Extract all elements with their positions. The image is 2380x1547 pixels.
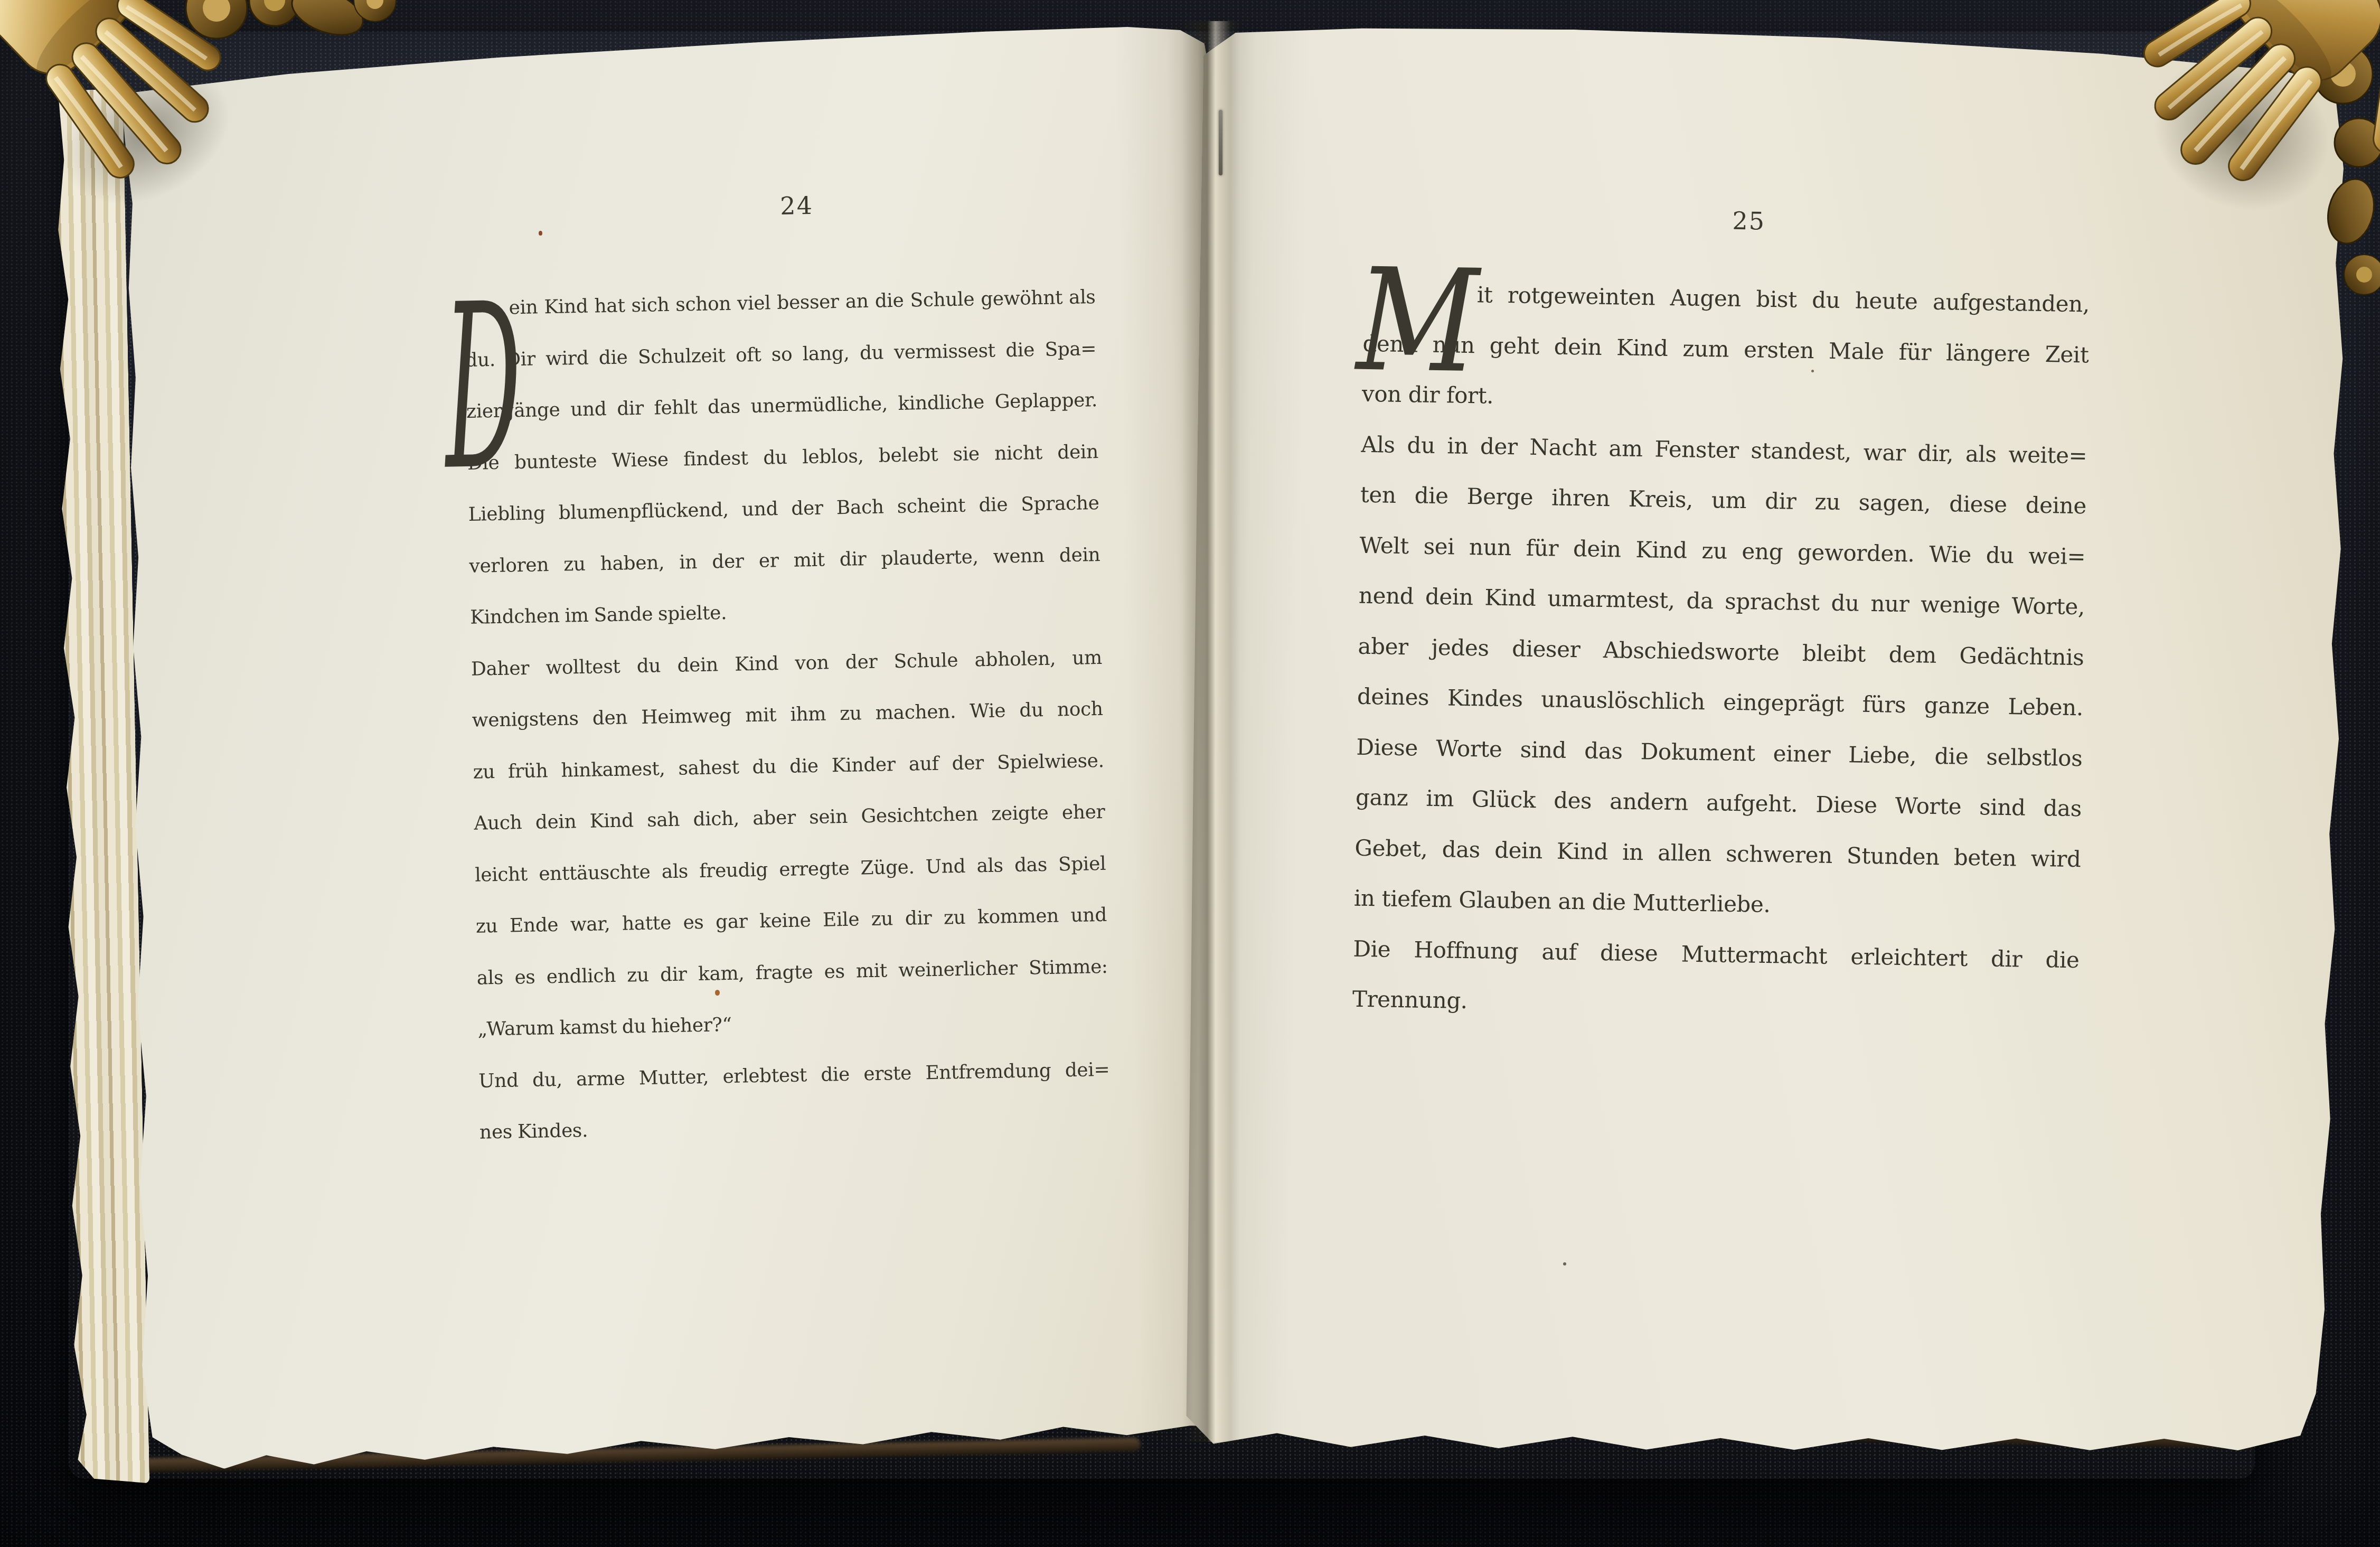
photo-of-open-book: 24 D ein Kind hat sich schon viel besser… [0,0,2380,1547]
paper-speck [1811,370,1814,372]
paper-speck [715,990,720,996]
left-page-text-column: D ein Kind hat sich schon viel besser an… [464,271,1111,1158]
binding-staple [1219,110,1222,175]
page-number-left: 24 [481,185,1113,226]
right-page-text-column: M it rotgeweinten Augen bist du heute au… [1352,268,2090,1036]
paper-speck [539,231,542,236]
text-line: nes Kindes. [479,1095,1111,1158]
brass-hand-right-icon [2047,0,2380,444]
drop-cap-right: M [1356,250,1479,393]
drop-cap-left: D [443,274,523,502]
cuff-scrollwork [186,0,396,44]
center-gutter-crease [1182,21,1240,1442]
page-number-right: 25 [1386,201,2112,241]
paper-speck [1563,1262,1566,1265]
brass-hand-left-icon [0,0,444,283]
